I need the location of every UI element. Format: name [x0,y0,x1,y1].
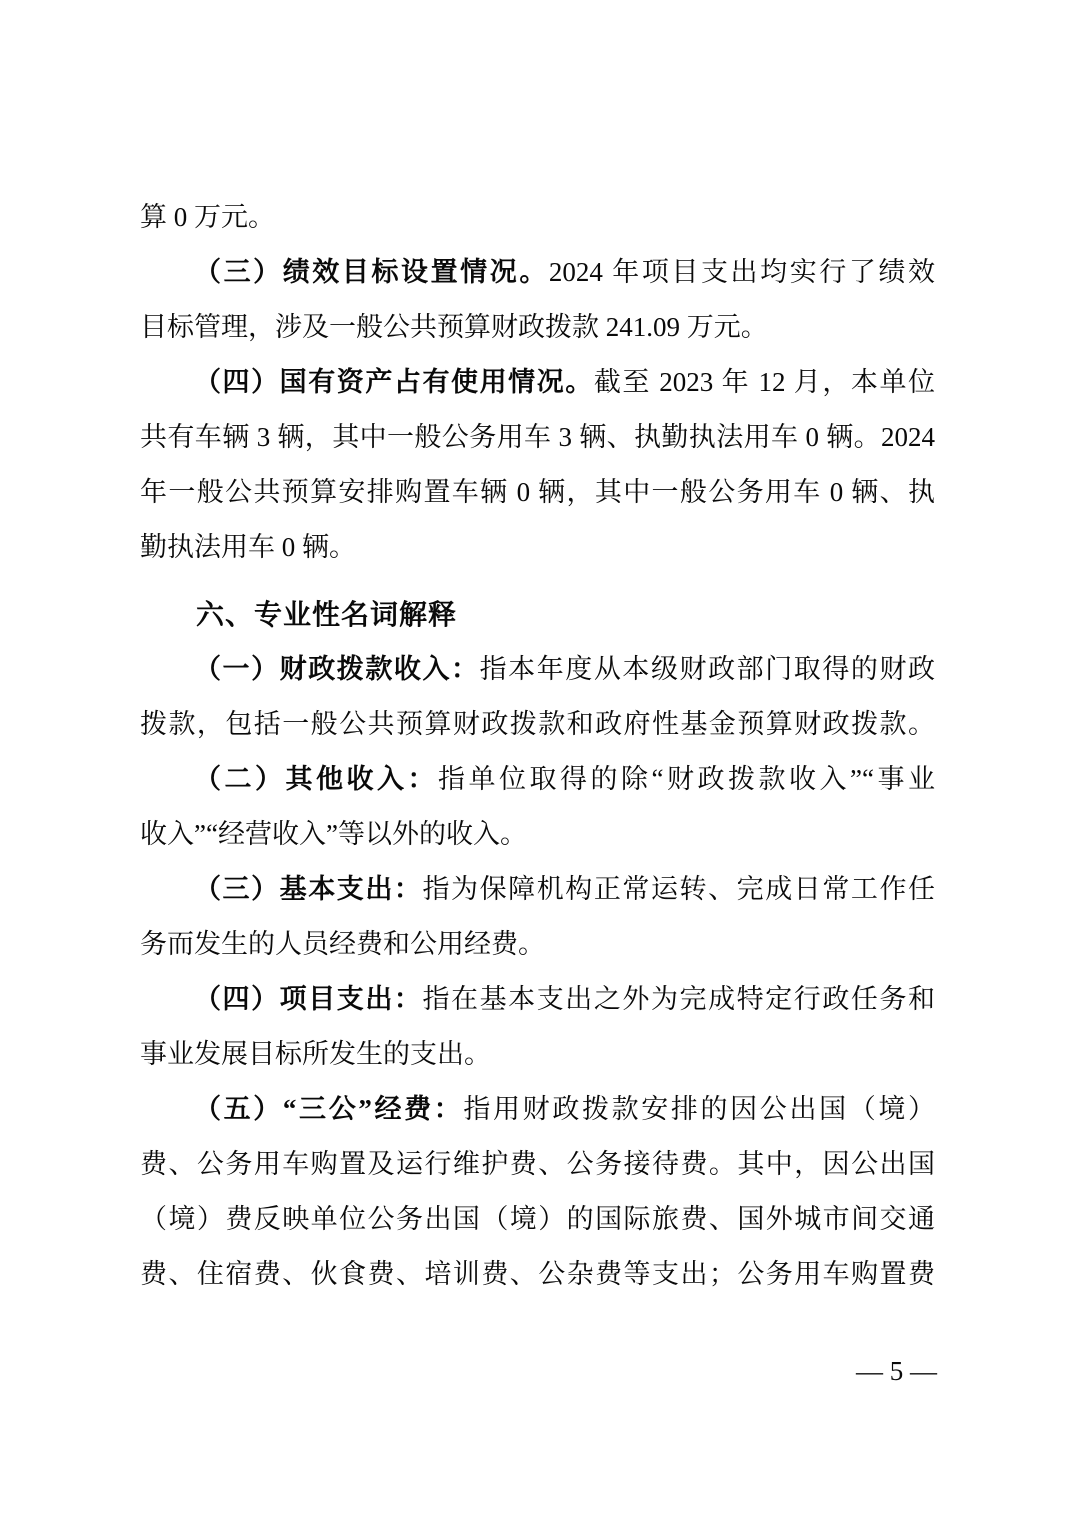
paragraph-lead: （四）国有资产占有使用情况。 [194,367,594,397]
text-line: （三）绩效目标设置情况。2024 年项目支出均实行了绩效 [140,245,935,300]
line-text: 共有车辆 3 辆，其中一般公务用车 3 辆、执勤执法用车 0 辆。2024 [140,422,935,452]
text-line: 费、住宿费、伙食费、培训费、公杂费等支出；公务用车购置费 [140,1247,935,1302]
text-line: （五）“三公”经费：指用财政拨款安排的因公出国（境） [140,1082,935,1137]
text-line: 勤执法用车 0 辆。 [140,520,935,575]
text-line: 共有车辆 3 辆，其中一般公务用车 3 辆、执勤执法用车 0 辆。2024 [140,410,935,465]
line-text: 目标管理，涉及一般公共预算财政拨款 241.09 万元。 [140,312,768,342]
text-line: 费、公务用车购置及运行维护费、公务接待费。其中，因公出国 [140,1137,935,1192]
paragraph-lead: （二）其他收入： [194,764,438,794]
paragraph-lead: （一）财政拨款收入： [194,654,480,684]
line-text: 指在基本支出之外为完成特定行政任务和 [422,984,935,1014]
document-body: 算 0 万元。 （三）绩效目标设置情况。2024 年项目支出均实行了绩效 目标管… [140,190,935,1302]
line-text: 费、住宿费、伙食费、培训费、公杂费等支出；公务用车购置费 [140,1259,935,1289]
paragraph-lead: （四）项目支出： [194,984,422,1014]
text-line: 算 0 万元。 [140,190,935,245]
text-line: （四）项目支出：指在基本支出之外为完成特定行政任务和 [140,972,935,1027]
line-text: 事业发展目标所发生的支出。 [140,1039,491,1069]
text-line: （二）其他收入：指单位取得的除“财政拨款收入”“事业 [140,752,935,807]
line-text: 截至 2023 年 12 月，本单位 [594,367,935,397]
line-text: （境）费反映单位公务出国（境）的国际旅费、国外城市间交通 [140,1204,935,1234]
text-line: （四）国有资产占有使用情况。截至 2023 年 12 月，本单位 [140,355,935,410]
text-line: 收入”“经营收入”等以外的收入。 [140,807,935,862]
text-line: （三）基本支出：指为保障机构正常运转、完成日常工作任 [140,862,935,917]
section-heading: 六、专业性名词解释 [140,587,935,642]
line-text: 拨款，包括一般公共预算财政拨款和政府性基金预算财政拨款。 [140,709,935,739]
line-text: 务而发生的人员经费和公用经费。 [140,929,545,959]
line-text: 2024 年项目支出均实行了绩效 [549,257,935,287]
line-text: 年一般公共预算安排购置车辆 0 辆，其中一般公务用车 0 辆、执 [140,477,935,507]
paragraph-lead: （五）“三公”经费： [194,1094,463,1124]
document-page: 算 0 万元。 （三）绩效目标设置情况。2024 年项目支出均实行了绩效 目标管… [0,0,1074,1520]
text-line: （一）财政拨款收入：指本年度从本级财政部门取得的财政 [140,642,935,697]
paragraph-lead: （三）基本支出： [194,874,422,904]
paragraph-lead: （三）绩效目标设置情况。 [194,257,549,287]
line-text: 指用财政拨款安排的因公出国（境） [463,1094,935,1124]
line-text: 指单位取得的除“财政拨款收入”“事业 [438,764,935,794]
text-line: 年一般公共预算安排购置车辆 0 辆，其中一般公务用车 0 辆、执 [140,465,935,520]
text-line: （境）费反映单位公务出国（境）的国际旅费、国外城市间交通 [140,1192,935,1247]
heading-text: 六、专业性名词解释 [196,598,457,631]
line-text: 收入”“经营收入”等以外的收入。 [140,819,527,849]
page-number: — 5 — [856,1353,937,1389]
text-line: 事业发展目标所发生的支出。 [140,1027,935,1082]
line-text: 指本年度从本级财政部门取得的财政 [480,654,935,684]
text-line: 务而发生的人员经费和公用经费。 [140,917,935,972]
line-text: 勤执法用车 0 辆。 [140,532,356,562]
text-line: 拨款，包括一般公共预算财政拨款和政府性基金预算财政拨款。 [140,697,935,752]
line-text: 指为保障机构正常运转、完成日常工作任 [422,874,935,904]
line-text: 费、公务用车购置及运行维护费、公务接待费。其中，因公出国 [140,1149,935,1179]
text-line: 目标管理，涉及一般公共预算财政拨款 241.09 万元。 [140,300,935,355]
line-text: 算 0 万元。 [140,202,275,232]
